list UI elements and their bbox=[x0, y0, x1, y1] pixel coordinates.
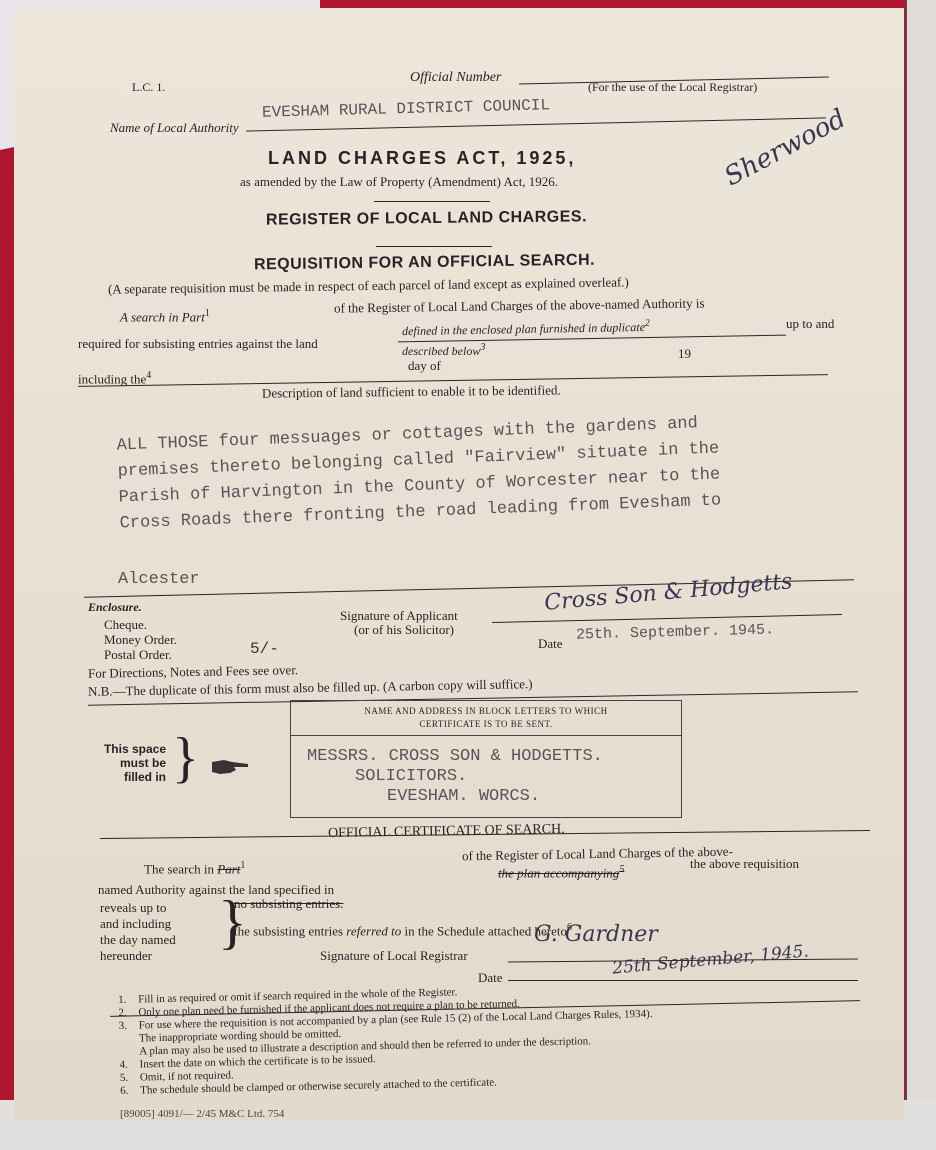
land-description: ALL THOSE four messuages or cottages wit… bbox=[116, 410, 721, 537]
address-line: MESSRS. CROSS SON & HODGETTS. bbox=[307, 747, 603, 766]
footnote-ref: 4 bbox=[146, 370, 151, 381]
address-line: EVESHAM. WORCS. bbox=[387, 787, 540, 806]
fill-in-notice: This space must be filled in bbox=[94, 742, 166, 784]
option-no-entries: no subsisting entries. bbox=[234, 896, 343, 912]
struck-text: the plan accompanying bbox=[498, 865, 619, 880]
official-number-label: Official Number bbox=[410, 70, 501, 86]
option-text: defined in the enclosed plan furnished i… bbox=[402, 320, 645, 338]
requisition-title: REQUISITION FOR AN OFFICIAL SEARCH. bbox=[254, 252, 595, 275]
register-title: REGISTER OF LOCAL LAND CHARGES. bbox=[266, 208, 587, 229]
left-line: the day named bbox=[100, 932, 176, 948]
directions-note: For Directions, Notes and Fees see over. bbox=[88, 662, 298, 682]
divider bbox=[374, 201, 490, 202]
notice-line: This space bbox=[94, 742, 166, 756]
notice-line: must be bbox=[94, 756, 166, 770]
registrar-signature-label: Signature of Local Registrar bbox=[320, 948, 468, 964]
certificate-left-block: reveals up to and including the day name… bbox=[100, 900, 176, 964]
certificate-line-1a: The search in Part1 bbox=[144, 860, 245, 877]
header-line: NAME AND ADDRESS IN BLOCK LETTERS TO WHI… bbox=[291, 705, 681, 718]
certificate-date: 25th September, 1945. bbox=[612, 941, 810, 978]
struck-text: Part bbox=[217, 861, 240, 876]
background-sheet-right bbox=[905, 0, 936, 1150]
search-line-1b: of the Register of Local Land Charges of… bbox=[334, 295, 705, 316]
search-line-2b: up to and bbox=[786, 316, 834, 332]
enclosure-item: Postal Order. bbox=[104, 647, 177, 662]
divider bbox=[291, 735, 681, 736]
address-box[interactable]: NAME AND ADDRESS IN BLOCK LETTERS TO WHI… bbox=[290, 700, 682, 818]
enclosure-item: Money Order. bbox=[104, 632, 177, 647]
search-line-1: A search in Part1 bbox=[120, 308, 210, 325]
act-subtitle: as amended by the Law of Property (Amend… bbox=[240, 174, 558, 190]
text: The search in bbox=[144, 861, 214, 876]
text: the subsisting entries bbox=[234, 923, 343, 938]
applicant-signature: Cross Son & Hodgetts bbox=[543, 569, 793, 616]
left-line: reveals up to bbox=[100, 900, 176, 916]
search-option-plan[interactable]: defined in the enclosed plan furnished i… bbox=[402, 318, 650, 339]
certificate-title: OFFICIAL CERTIFICATE OF SEARCH. bbox=[328, 822, 565, 842]
notice-line: filled in bbox=[94, 770, 166, 784]
pointing-hand-icon bbox=[210, 758, 250, 776]
signature-sub-label: (or of his Solicitor) bbox=[354, 622, 454, 638]
footnote-num: 5. bbox=[120, 1072, 140, 1085]
header-line: CERTIFICATE IS TO BE SENT. bbox=[291, 718, 681, 731]
footnote-num: 1. bbox=[118, 994, 138, 1007]
applicant-date: 25th. September. 1945. bbox=[576, 621, 774, 643]
description-line-last: Alcester bbox=[118, 570, 200, 589]
footnote-ref: 1 bbox=[205, 308, 210, 319]
separate-requisition-note: (A separate requisition must be made in … bbox=[108, 274, 629, 297]
part-label: A search in Part bbox=[120, 309, 205, 324]
enclosure-amount: 5/- bbox=[250, 640, 279, 658]
year-prefix: 19 bbox=[678, 346, 691, 362]
option-subsisting-entries: the subsisting entries referred to in th… bbox=[234, 922, 572, 939]
enclosure-item: Cheque. bbox=[104, 617, 177, 632]
footnote-num: 3. bbox=[119, 1020, 139, 1033]
footnote-text: Omit, if not required. bbox=[140, 1069, 234, 1083]
registrar-signature: G. Gardner bbox=[534, 922, 658, 947]
authority-value: EVESHAM RURAL DISTRICT COUNCIL bbox=[262, 96, 550, 122]
footnote-ref: 1 bbox=[240, 860, 245, 871]
act-title: LAND CHARGES ACT, 1925, bbox=[268, 148, 576, 169]
enclosure-label: Enclosure. bbox=[88, 600, 142, 615]
day-of-label: day of bbox=[408, 358, 441, 374]
search-requisition-form: L.C. 1. Official Number (For the use of … bbox=[14, 8, 904, 1120]
enclosure-items: Cheque. Money Order. Postal Order. bbox=[104, 617, 177, 662]
footnotes: 1.Fill in as required or omit if search … bbox=[118, 982, 654, 1098]
official-number-note: (For the use of the Local Registrar) bbox=[588, 80, 757, 95]
address-box-header: NAME AND ADDRESS IN BLOCK LETTERS TO WHI… bbox=[291, 705, 681, 731]
authority-label: Name of Local Authority bbox=[110, 120, 239, 136]
form-code: L.C. 1. bbox=[132, 80, 165, 95]
description-label: Description of land sufficient to enable… bbox=[262, 382, 561, 401]
left-line: hereunder bbox=[100, 948, 176, 964]
date-label: Date bbox=[538, 636, 563, 652]
left-line: and including bbox=[100, 916, 176, 932]
footnote-num: 4. bbox=[119, 1059, 139, 1072]
brace-icon: } bbox=[172, 730, 199, 786]
margin-signature: Sherwood bbox=[720, 104, 851, 193]
printer-imprint: [89005] 4091/— 2/45 M&C Ltd. 754 bbox=[120, 1108, 284, 1120]
address-line: SOLICITORS. bbox=[355, 767, 467, 786]
text: referred to bbox=[346, 923, 401, 938]
footnote-ref: 3 bbox=[480, 342, 485, 353]
footnote-ref: 2 bbox=[645, 318, 650, 329]
certificate-line-2b: the above requisition bbox=[690, 856, 799, 872]
signature-field[interactable] bbox=[492, 614, 842, 623]
divider bbox=[376, 246, 492, 247]
footnote-num: 2. bbox=[118, 1007, 138, 1020]
search-option-described[interactable]: described below3 bbox=[402, 342, 485, 359]
search-line-2: required for subsisting entries against … bbox=[78, 336, 318, 352]
certificate-date-field[interactable] bbox=[508, 980, 858, 981]
option-text: described below bbox=[402, 344, 480, 358]
footnote-ref: 5 bbox=[619, 864, 624, 875]
certificate-date-label: Date bbox=[478, 970, 503, 986]
certificate-struck-plan: the plan accompanying5 bbox=[498, 864, 624, 881]
footnote-num: 6. bbox=[120, 1085, 140, 1098]
